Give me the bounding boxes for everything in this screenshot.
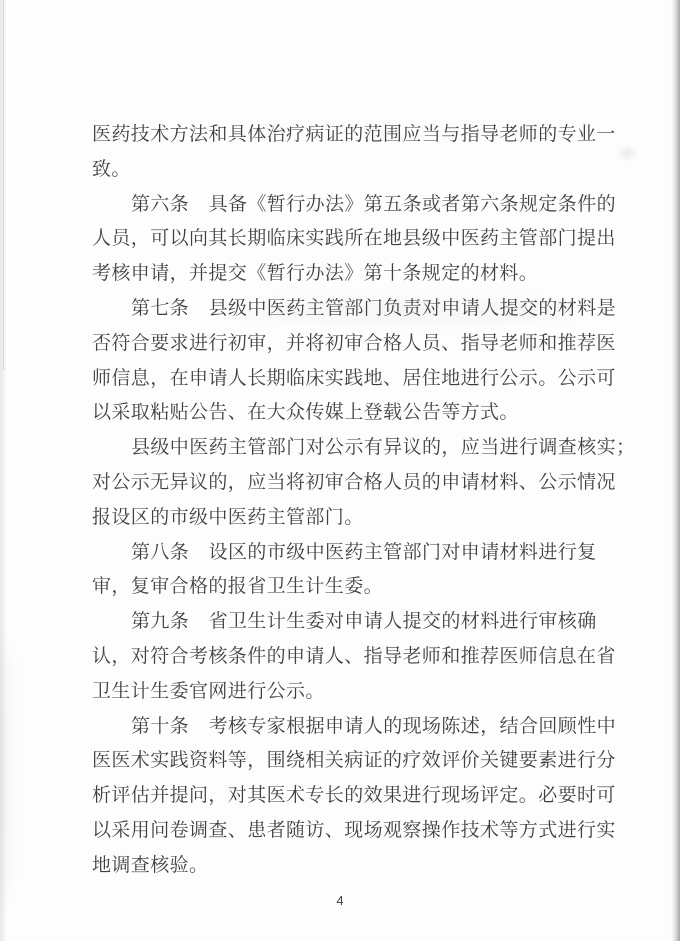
text-line: 以采取粘贴公告、在大众传媒上登载公告等方式。 xyxy=(92,396,600,431)
text-line: 审，复审合格的报省卫生计生委。 xyxy=(92,570,600,605)
text-line: 考核申请，并提交《暂行办法》第十条规定的材料。 xyxy=(92,257,600,292)
text-line: 卫生计生委官网进行公示。 xyxy=(92,675,600,710)
text-line: 认，对符合考核条件的申请人、指导老师和推荐医师信息在省 xyxy=(92,640,600,675)
text-line: 县级中医药主管部门对公示有异议的，应当进行调查核实； xyxy=(92,431,600,466)
text-line: 第十条 考核专家根据申请人的现场陈述，结合回顾性中 xyxy=(92,710,600,745)
text-line: 以采用问卷调查、患者随访、现场观察操作技术等方式进行实 xyxy=(92,814,600,849)
text-line: 致。 xyxy=(92,153,600,188)
scan-right-edge-shadow xyxy=(671,0,680,941)
text-line: 地调查核验。 xyxy=(92,849,600,884)
text-line: 医医术实践资料等，围绕相关病证的疗效评价关键要素进行分 xyxy=(92,744,600,779)
scan-left-edge-line xyxy=(3,0,4,370)
scanned-document-page: 医药技术方法和具体治疗病证的范围应当与指导老师的专业一致。第六条 具备《暂行办法… xyxy=(0,0,680,941)
text-line: 医药技术方法和具体治疗病证的范围应当与指导老师的专业一 xyxy=(92,118,600,153)
scan-smudge xyxy=(620,148,634,158)
text-line: 报设区的市级中医药主管部门。 xyxy=(92,501,600,536)
text-line: 人员，可以向其长期临床实践所在地县级中医药主管部门提出 xyxy=(92,222,600,257)
text-line: 否符合要求进行初审，并将初审合格人员、指导老师和推荐医 xyxy=(92,327,600,362)
document-body: 医药技术方法和具体治疗病证的范围应当与指导老师的专业一致。第六条 具备《暂行办法… xyxy=(92,118,600,884)
text-line: 第八条 设区的市级中医药主管部门对申请材料进行复 xyxy=(92,536,600,571)
text-line: 第六条 具备《暂行办法》第五条或者第六条规定条件的 xyxy=(92,188,600,223)
text-line: 对公示无异议的，应当将初审合格人员的申请材料、公示情况 xyxy=(92,466,600,501)
text-line: 第九条 省卫生计生委对申请人提交的材料进行审核确 xyxy=(92,605,600,640)
text-line: 析评估并提问，对其医术专长的效果进行现场评定。必要时可 xyxy=(92,779,600,814)
page-number: 4 xyxy=(0,893,680,908)
text-line: 师信息，在申请人长期临床实践地、居住地进行公示。公示可 xyxy=(92,362,600,397)
text-line: 第七条 县级中医药主管部门负责对申请人提交的材料是 xyxy=(92,292,600,327)
